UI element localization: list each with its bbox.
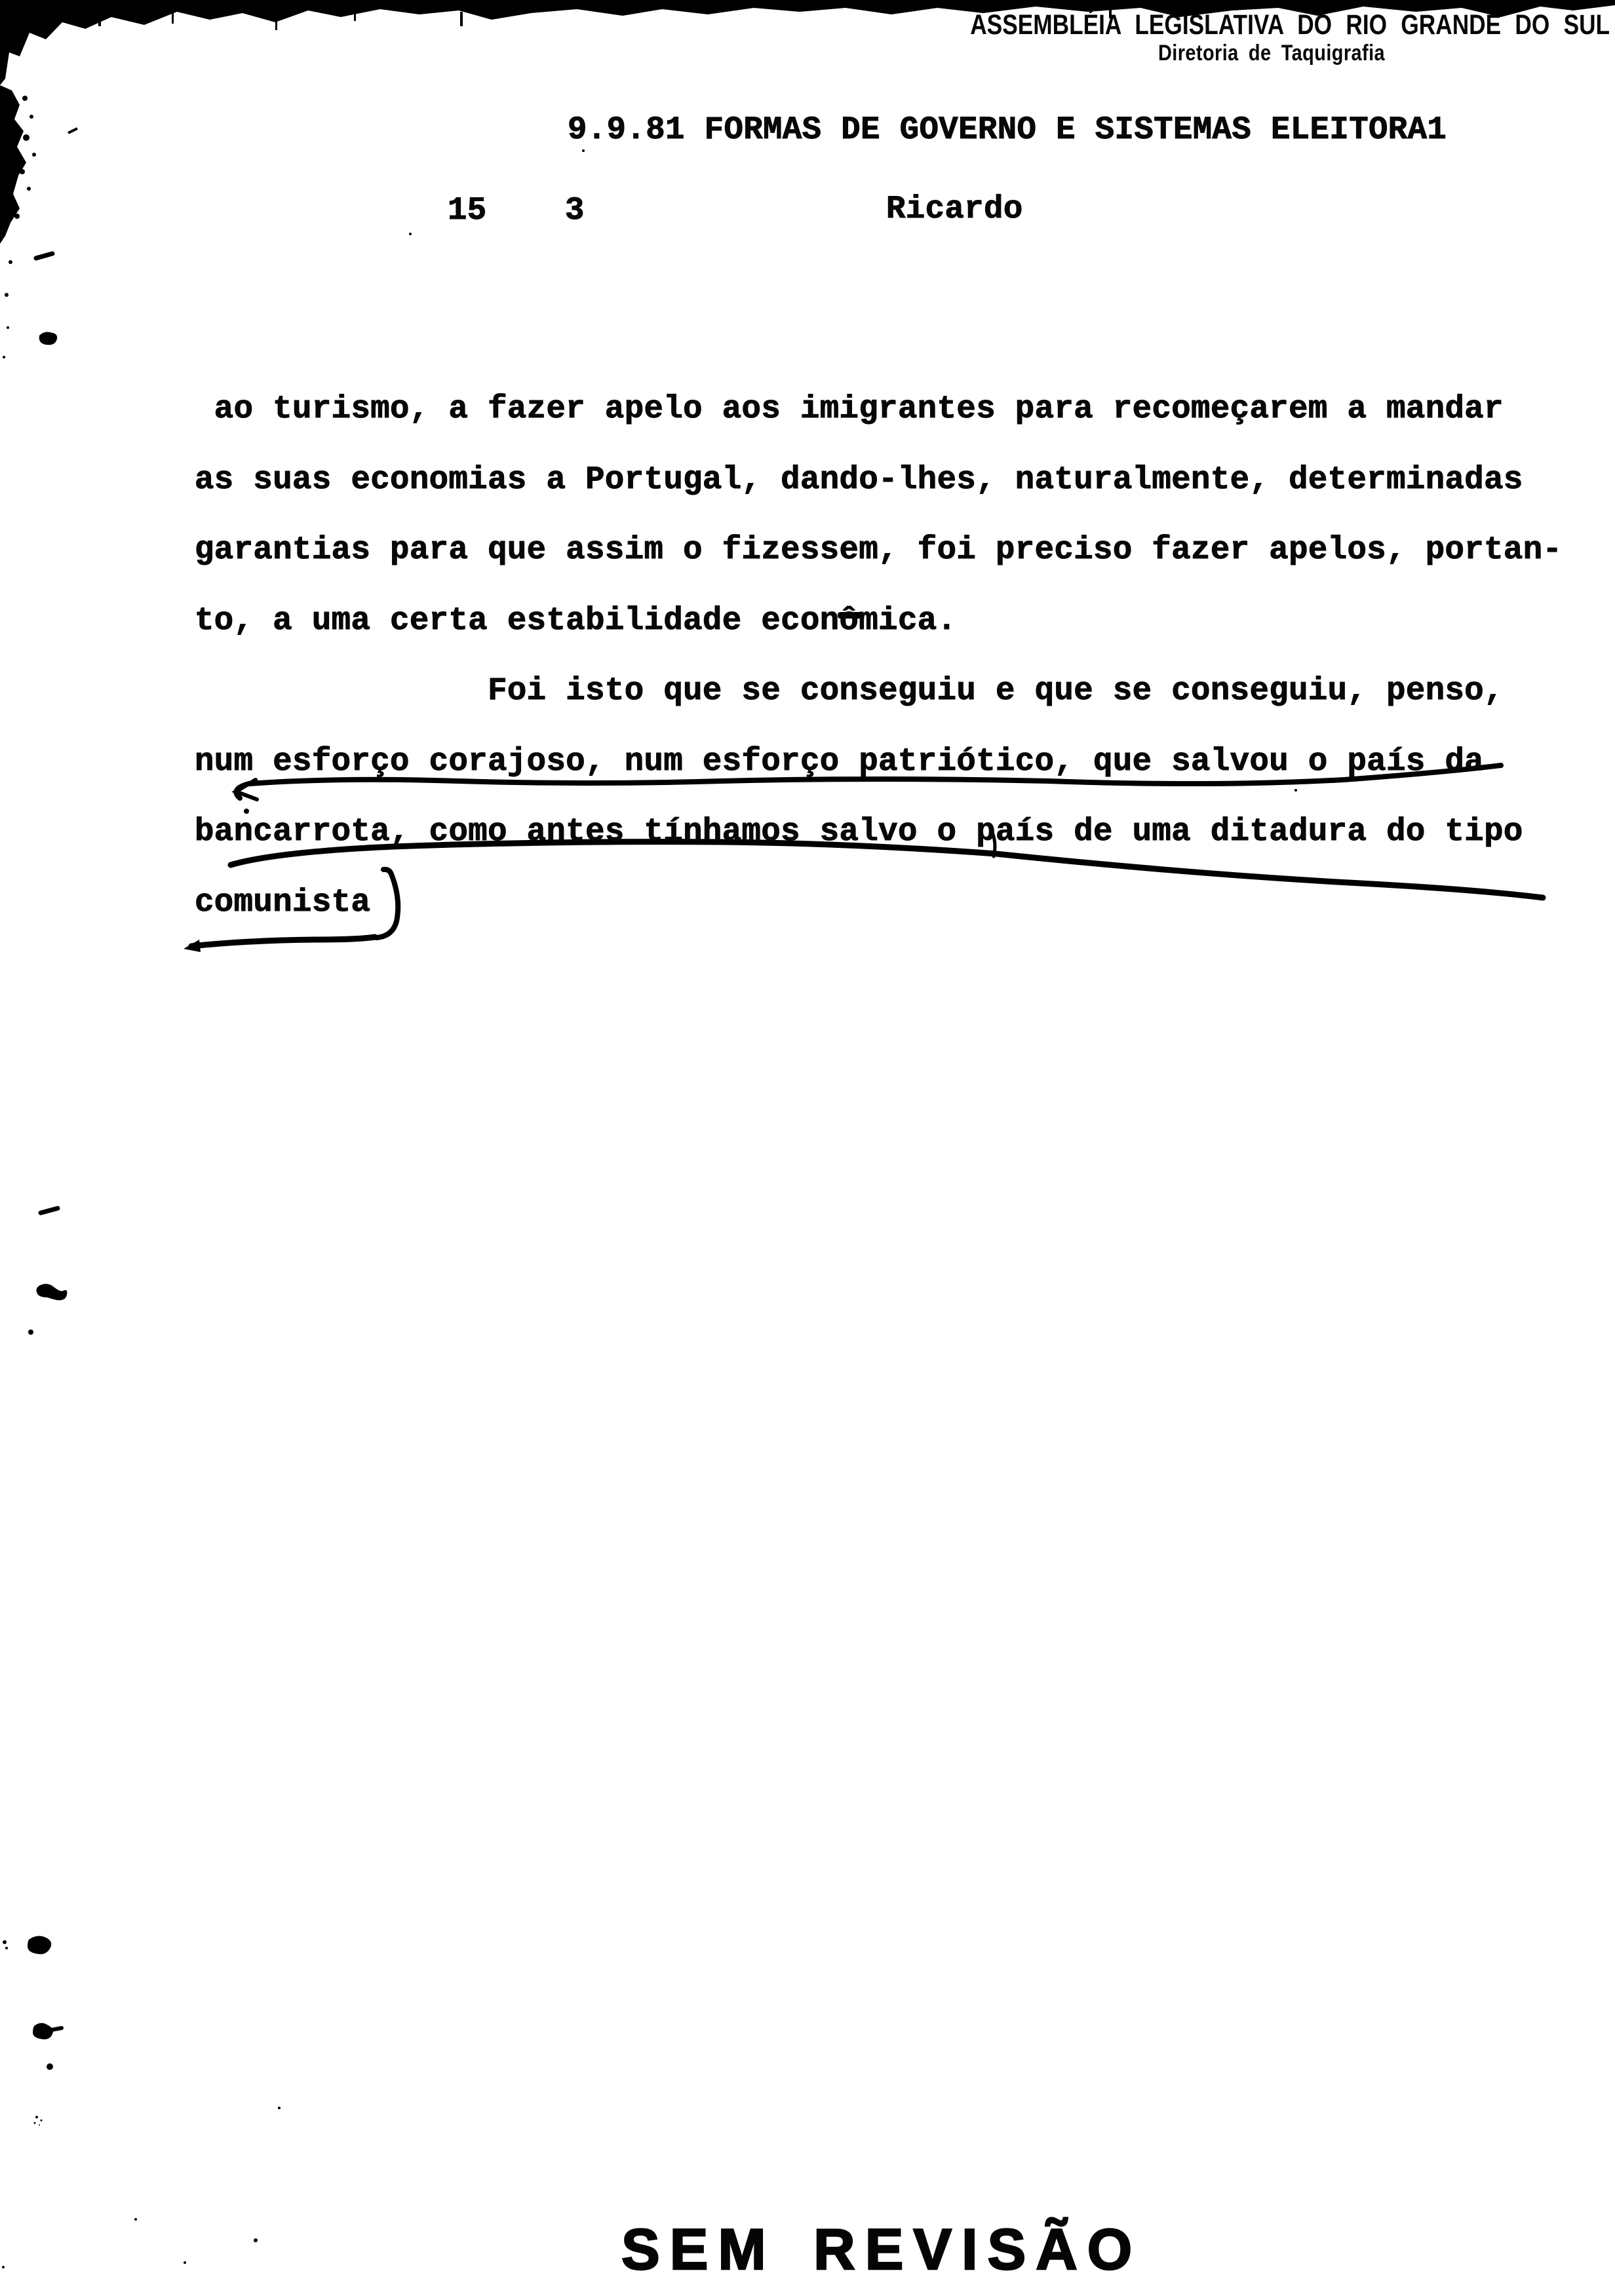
typist-name: Ricardo: [886, 191, 1023, 227]
take-number: 3: [565, 192, 585, 229]
scan-artifacts: [0, 0, 1615, 2296]
margin-blob-4: [33, 2023, 53, 2039]
transcript-line: comunista: [195, 868, 1571, 938]
transcript-line: bancarrota, como antes tínhamos salvo o …: [195, 797, 1571, 868]
transcript-line: garantias para que assim o fizessem, foi…: [195, 515, 1571, 586]
left-edge-speckles: [3, 96, 36, 358]
page-number: 15: [448, 192, 487, 229]
transcript-line: to, a uma certa estabilidade econômica.: [195, 586, 1571, 657]
comunista-underline-arrow: [184, 940, 201, 952]
corner-tick-mark: [68, 128, 77, 133]
transcript-body: ao turismo, a fazer apelo aos imigrantes…: [195, 374, 1571, 938]
transcript-line: ao turismo, a fazer apelo aos imigrantes…: [195, 374, 1571, 445]
margin-dash-2: [41, 1208, 58, 1213]
letterhead-department: Diretoria de Taquigrafia: [1127, 41, 1416, 66]
comunista-underline: [191, 937, 375, 946]
margin-blob-2: [37, 1284, 68, 1300]
letterhead-org: ASSEMBLÉIA LEGISLATIVA DO RIO GRANDE DO …: [970, 9, 1610, 41]
transcript-line: Foi isto que se conseguiu e que se conse…: [195, 656, 1571, 727]
margin-blob-1: [39, 332, 57, 345]
margin-dot-2: [47, 2063, 53, 2070]
margin-dash-1: [36, 254, 52, 258]
transcript-line: num esforço corajoso, num esforço patrió…: [195, 727, 1571, 797]
speck-cluster: [34, 2116, 43, 2126]
margin-blob-3: [28, 1936, 51, 1954]
sem-revisao-stamp: SEM REVISÃO: [621, 2216, 1142, 2283]
left-edge-stain: [0, 85, 26, 244]
transcript-line: as suas economias a Portugal, dando-lhes…: [195, 445, 1571, 516]
margin-blob-4-tail: [51, 2028, 62, 2030]
scanned-transcript-page: ASSEMBLÉIA LEGISLATIVA DO RIO GRANDE DO …: [0, 0, 1615, 2296]
margin-mark-tiny: [3, 1940, 8, 1949]
margin-dot-1: [28, 1330, 33, 1335]
session-title: 9.9.81 FORMAS DE GOVERNO E SISTEMAS ELEI…: [568, 111, 1447, 148]
